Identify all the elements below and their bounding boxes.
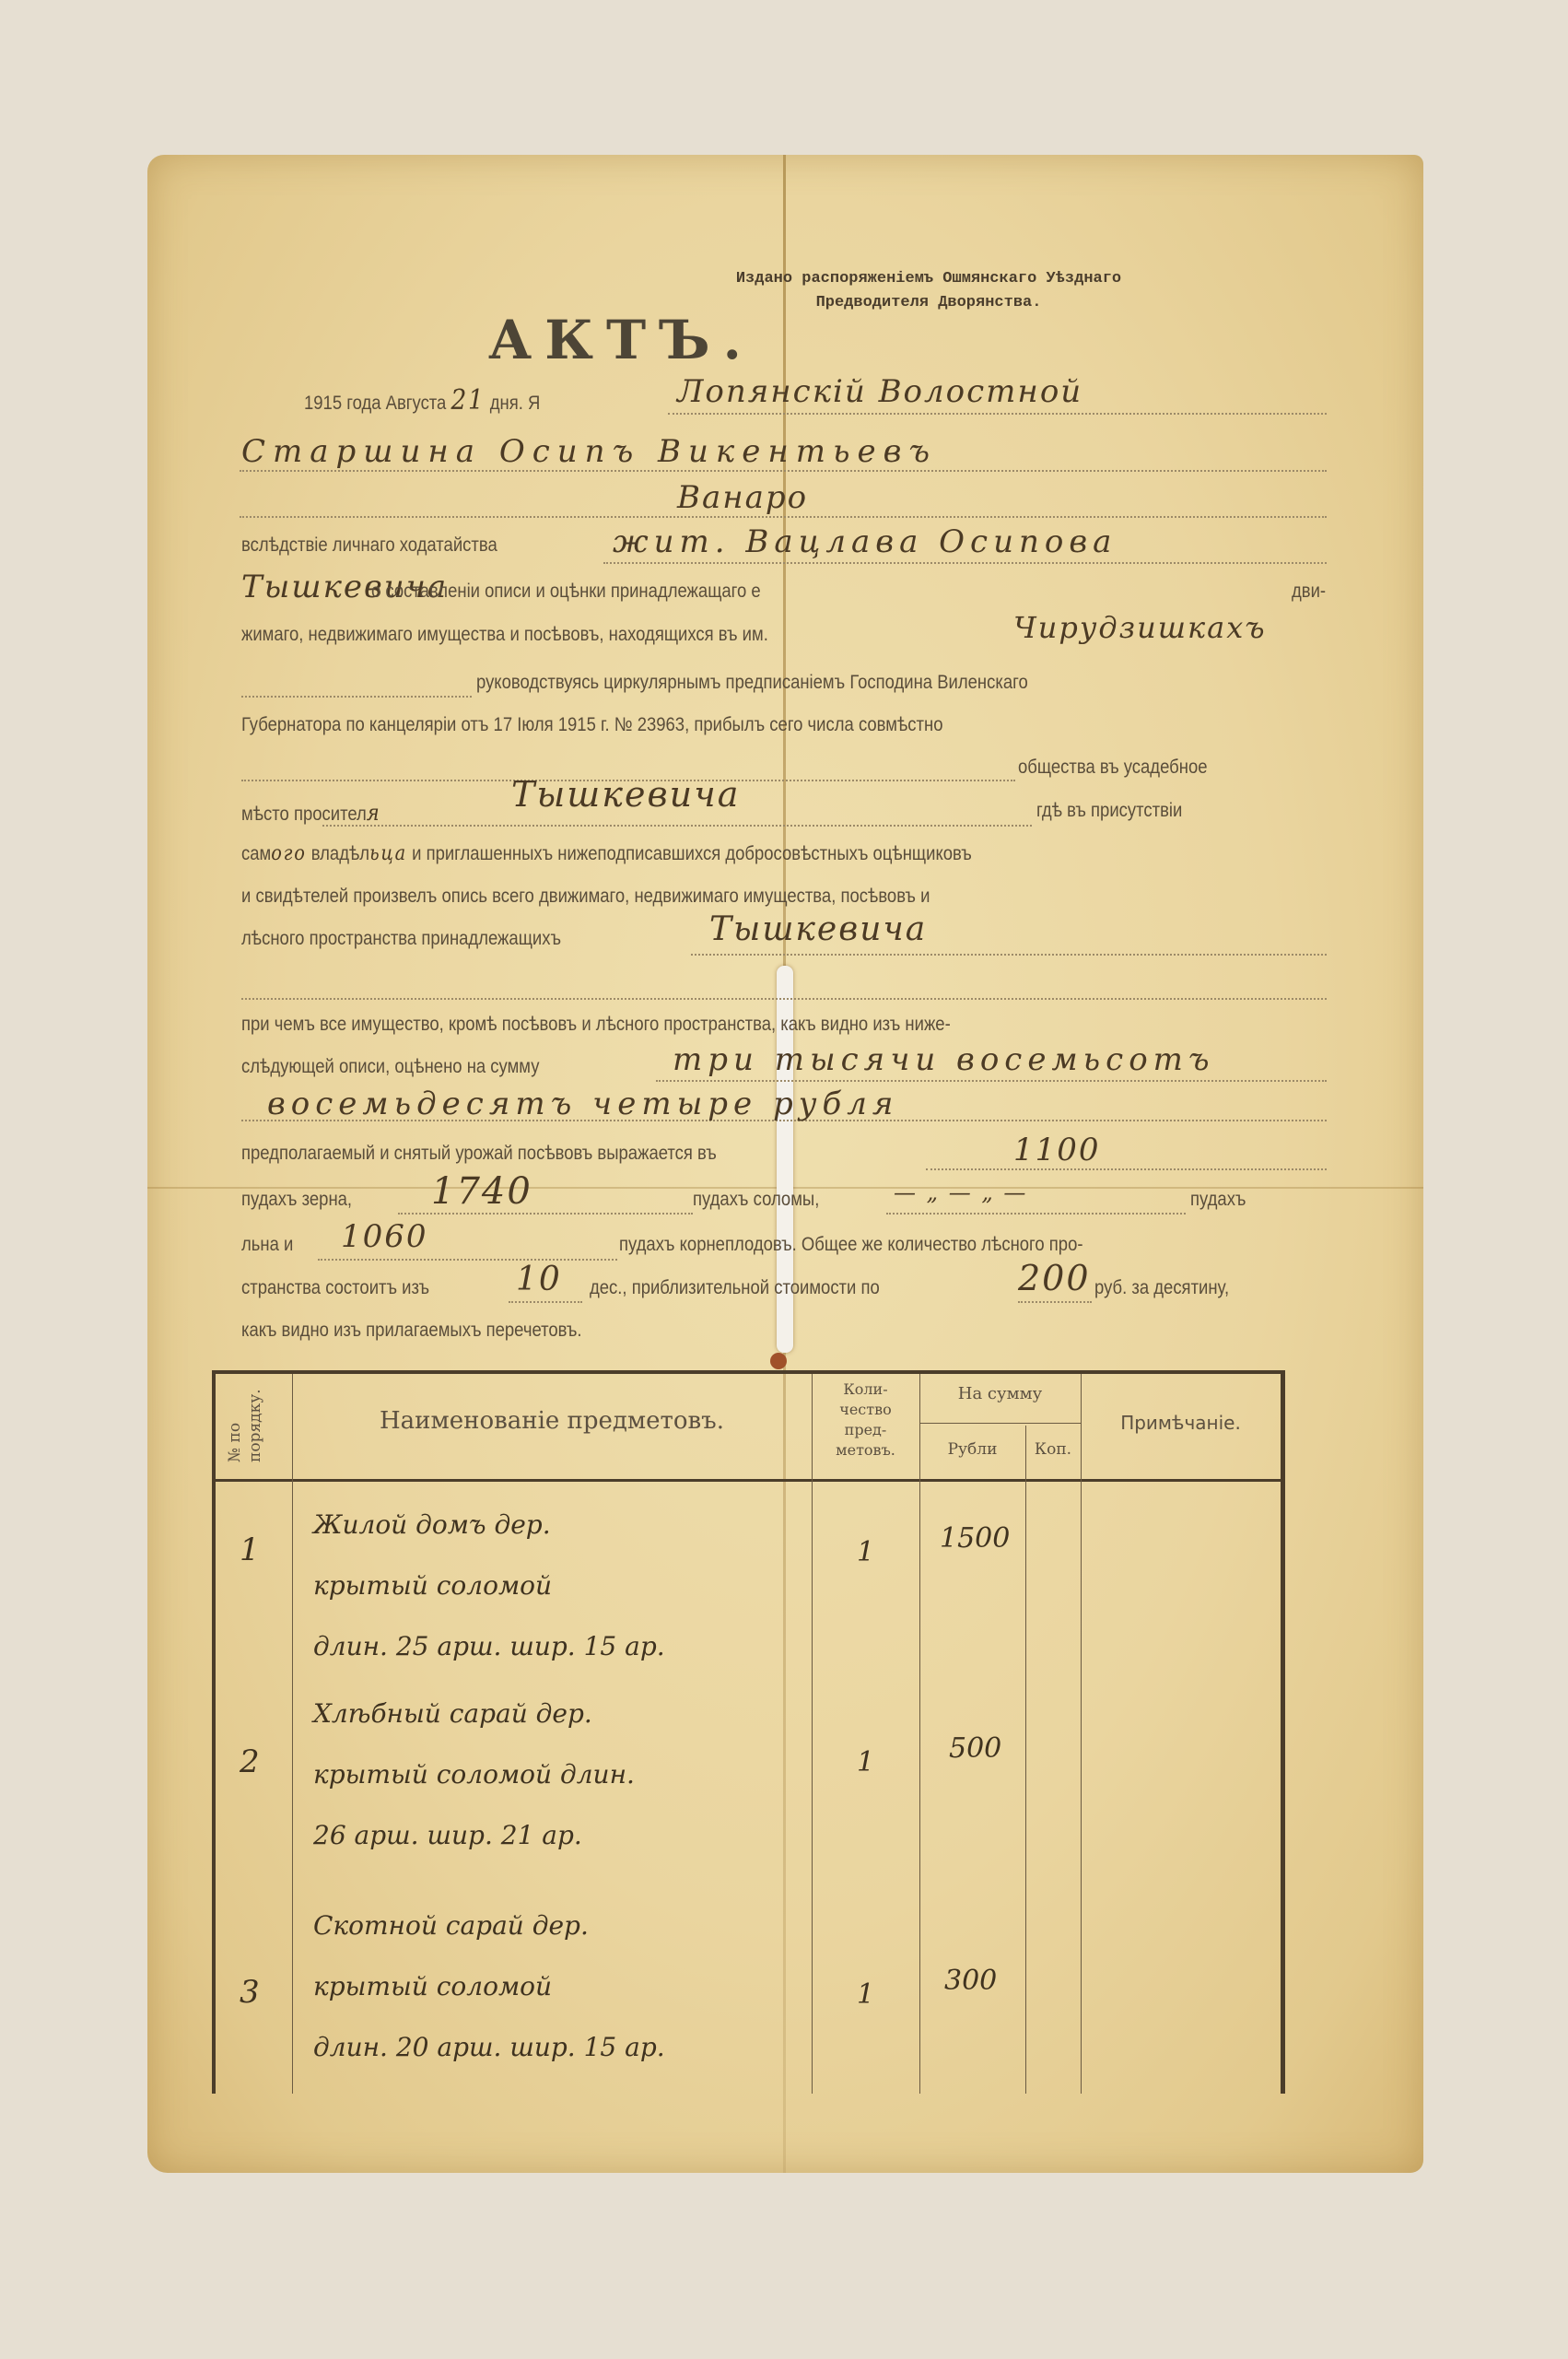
day-label: дня. Я (490, 393, 541, 414)
grain-handwritten: 1740 (431, 1170, 532, 1213)
header-number: № по порядку. (225, 1370, 265, 1462)
petitioner-place-line: мѣсто просителя (241, 800, 381, 826)
row-quantity: 1 (857, 1978, 874, 2011)
row-number: 3 (240, 1974, 260, 2011)
column-divider (919, 1374, 920, 2094)
header-item-name: Наименованіе предметовъ. (292, 1407, 812, 1435)
row-rubles: 500 (949, 1732, 1001, 1765)
header-quantity-line: метовъ. (812, 1440, 919, 1461)
header-quantity-line: Коли- (812, 1379, 919, 1400)
per-desyatina-text: руб. за десятину, (1094, 1277, 1229, 1299)
root-crops-text: пудахъ корнеплодовъ. Общее же количество… (619, 1234, 1083, 1256)
column-divider (1025, 1426, 1026, 2094)
owner-handwritten: Тышкевича (709, 910, 927, 948)
area-text: странства состоитъ изъ (241, 1277, 429, 1299)
fill-line (656, 1080, 1327, 1082)
harvest-handwritten: 1100 (1013, 1132, 1101, 1168)
fill-line (240, 470, 1327, 472)
fill-line (691, 954, 1327, 956)
header-sum: На сумму (919, 1384, 1081, 1403)
official-surname-handwritten: Ванаро (677, 479, 808, 516)
attached-lists-text: какъ видно изъ прилагаемыхъ перечетовъ. (241, 1320, 582, 1342)
document-title: АКТЪ. (488, 309, 755, 371)
row-description-line: крытый соломой (313, 1555, 811, 1616)
place-text: мѣсто просител (241, 804, 367, 825)
row-description-line: Скотной сарай дер. (313, 1895, 811, 1956)
suffix-handwritten: я (367, 800, 381, 826)
fill-line (603, 562, 1327, 564)
row-description-line: крытый соломой длин. (313, 1744, 811, 1805)
fill-line (509, 1301, 582, 1303)
petition-text: вслѣдствіе личнаго ходатайства (241, 534, 497, 557)
fill-line (322, 825, 1032, 827)
petitioner-place-handwritten: Тышкевича (511, 774, 740, 815)
fill-line (241, 998, 1327, 1000)
row-rubles: 300 (944, 1965, 997, 1997)
petitioner-handwritten: жит. Вацлава Осипова (613, 523, 1117, 560)
fill-line (398, 1213, 693, 1215)
row-number: 2 (240, 1743, 260, 1780)
table-border (212, 1370, 1285, 1374)
publisher-line-2: Предводителя Дворянства. (680, 291, 1177, 315)
row-description-line: длин. 20 арш. шир. 15 ар. (313, 2017, 811, 2078)
row-number: 1 (240, 1532, 260, 1568)
header-rubles: Рубли (919, 1440, 1025, 1459)
row-description-line: Хлѣбный сарай дер. (313, 1684, 811, 1744)
estate-handwritten: Чирудзишкахъ (1013, 610, 1267, 645)
property-text: жимаго, недвижимаго имущества и посѣвовъ… (241, 624, 768, 646)
harvest-text: предполагаемый и снятый урожай посѣвовъ … (241, 1143, 717, 1165)
grain-text: пудахъ зерна, (241, 1189, 352, 1211)
straw-handwritten: — „ — „ — (894, 1179, 1027, 1205)
society-text: общества въ усадебное (1018, 757, 1208, 779)
circular-text: руководствуясь циркулярнымъ предписаніем… (476, 672, 1028, 694)
fill-line (886, 1213, 1186, 1215)
official-title-handwritten: Лопянскій Волостной (677, 373, 1082, 410)
price-text: дес., приблизительной стоимости по (590, 1277, 880, 1299)
valuation-text: при чемъ все имущество, кромѣ посѣвовъ и… (241, 1014, 951, 1036)
fill-line (318, 1259, 617, 1261)
header-quantity-line: пред- (812, 1420, 919, 1440)
price-handwritten: 200 (1018, 1258, 1091, 1298)
text-owner: владѣл (311, 843, 369, 864)
header-quantity-line: чество (812, 1400, 919, 1420)
hw-suffix: ого (271, 842, 306, 865)
fill-line (1018, 1301, 1092, 1303)
table-border (1281, 1370, 1285, 2094)
publisher-note: Издано распоряженіемъ Ошмянскаго Уѣзднаг… (680, 267, 1177, 315)
governor-text: Губернатора по канцеляріи отъ 17 Іюля 19… (241, 714, 943, 736)
row-description-line: крытый соломой (313, 1956, 811, 2017)
row-description-line: Жилой домъ дер. (313, 1495, 811, 1555)
presence-text: гдѣ въ присутствіи (1036, 800, 1182, 822)
flax-text: льна и (241, 1234, 293, 1256)
header-quantity: Коли- чество пред- метовъ. (812, 1379, 919, 1461)
sum-text: слѣдующей описи, оцѣнено на сумму (241, 1056, 539, 1078)
rust-stain (770, 1353, 787, 1369)
sum-handwritten: три тысячи восемьсотъ (673, 1041, 1215, 1078)
row-quantity: 1 (857, 1746, 874, 1778)
area-handwritten: 10 (516, 1261, 562, 1298)
day-handwritten: 21 (451, 384, 485, 417)
header-divider (212, 1479, 1281, 1482)
header-kopecks: Коп. (1025, 1440, 1081, 1459)
forest-text: лѣсного пространства принадлежащихъ (241, 928, 561, 950)
column-divider (1081, 1374, 1082, 2094)
publisher-line-1: Издано распоряженіемъ Ошмянскаго Уѣзднаг… (680, 267, 1177, 291)
subheader-divider (919, 1423, 1081, 1424)
header-note: Примѣчаніе. (1081, 1412, 1281, 1434)
row-quantity: 1 (857, 1536, 874, 1568)
year-text: 1915 года Августа (304, 393, 446, 414)
owner-line: самого владѣльца и приглашенныхъ нижепод… (241, 842, 972, 865)
column-divider (812, 1374, 813, 2094)
row-description-line: длин. 25 арш. шир. 15 ар. (313, 1616, 811, 1677)
fill-line (668, 413, 1327, 415)
date-line: 1915 года Августа 21 дня. Я (304, 384, 540, 417)
witnesses-text: и свидѣтелей произвелъ опись всего движи… (241, 886, 930, 908)
fill-line (926, 1168, 1327, 1170)
column-divider (292, 1374, 293, 2094)
row-description: Хлѣбный сарай дер. крытый соломой длин. … (313, 1684, 811, 1866)
hyphen-text: дви- (1292, 581, 1326, 603)
sum-continued-handwritten: восемьдесятъ четыре рубля (267, 1086, 898, 1122)
row-rubles: 1500 (940, 1522, 1010, 1555)
row-description-line: 26 арш. шир. 21 ар. (313, 1805, 811, 1866)
straw-text: пудахъ соломы, (693, 1189, 819, 1211)
hw-suffix: ьца (369, 842, 407, 865)
text-sam: сам (241, 843, 271, 864)
pud-text: пудахъ (1190, 1189, 1246, 1211)
flax-handwritten: 1060 (341, 1218, 428, 1255)
row-description: Жилой домъ дер. крытый соломой длин. 25 … (313, 1495, 811, 1677)
fill-line (240, 516, 1327, 518)
row-description: Скотной сарай дер. крытый соломой длин. … (313, 1895, 811, 2078)
official-name-handwritten: Старшина Осипъ Викентьевъ (241, 433, 937, 470)
fill-line (241, 696, 472, 698)
inventory-text: о составленіи описи и оцѣнки принадлежащ… (371, 581, 761, 603)
text-appraisers: и приглашенныхъ нижеподписавшихся доброс… (412, 843, 972, 864)
inventory-table: № по порядку. Наименованіе предметовъ. К… (212, 1370, 1282, 2094)
